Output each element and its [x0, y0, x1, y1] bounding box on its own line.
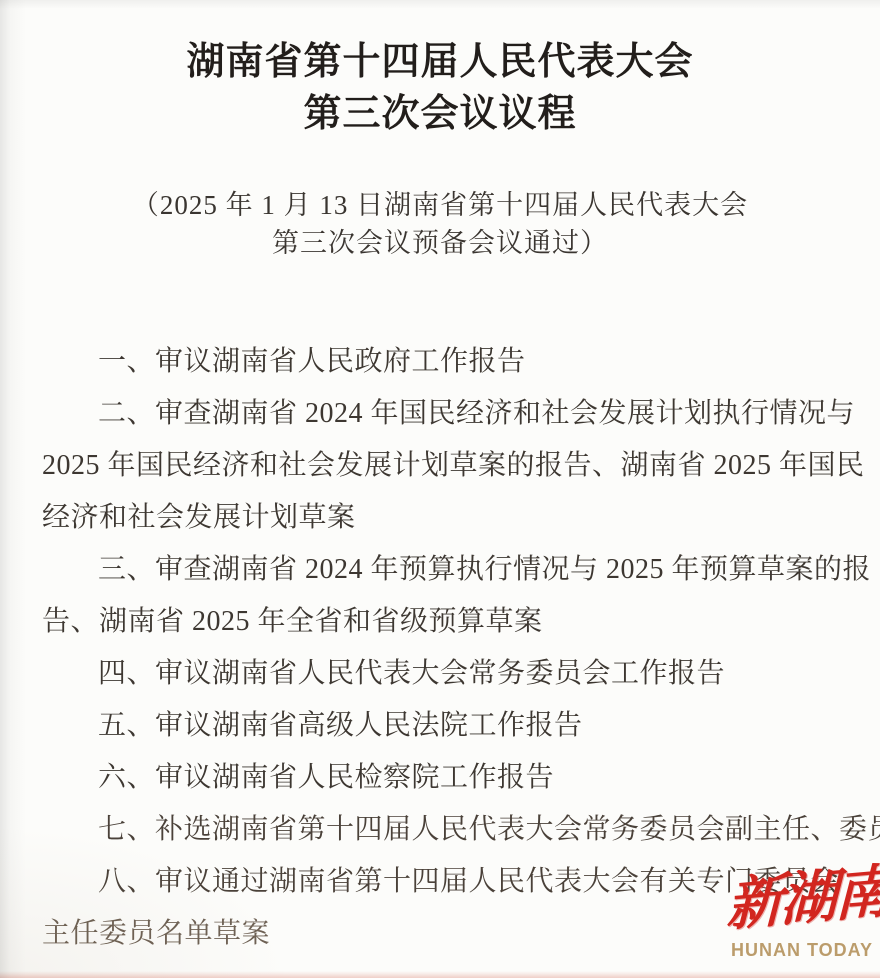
agenda-line: 五、审议湖南省高级人民法院工作报告	[42, 700, 852, 752]
agenda-list: 一、审议湖南省人民政府工作报告二、审查湖南省 2024 年国民经济和社会发展计划…	[42, 336, 852, 960]
agenda-line: 三、审查湖南省 2024 年预算执行情况与 2025 年预算草案的报	[42, 544, 852, 596]
xinhunan-logo-text: 新湖南	[726, 861, 880, 939]
agenda-line: 一、审议湖南省人民政府工作报告	[42, 336, 852, 388]
agenda-line: 七、补选湖南省第十四届人民代表大会常务委员会副主任、委员	[42, 804, 852, 856]
agenda-line: 告、湖南省 2025 年全省和省级预算草案	[42, 596, 852, 648]
scanned-document-page: 湖南省第十四届人民代表大会 第三次会议议程 （2025 年 1 月 13 日湖南…	[0, 0, 880, 978]
hunan-today-logo: 新湖南 HUNAN TODAY	[726, 876, 880, 961]
document-subtitle-line1: （2025 年 1 月 13 日湖南省第十四届人民代表大会	[0, 186, 880, 224]
document-subtitle-line2: 第三次会议预备会议通过）	[0, 224, 880, 262]
agenda-line: 四、审议湖南省人民代表大会常务委员会工作报告	[42, 648, 852, 700]
agenda-line: 2025 年国民经济和社会发展计划草案的报告、湖南省 2025 年国民	[42, 440, 852, 492]
document-title-line1: 湖南省第十四届人民代表大会	[0, 36, 880, 88]
document-title: 湖南省第十四届人民代表大会 第三次会议议程	[0, 36, 880, 140]
agenda-line: 二、审查湖南省 2024 年国民经济和社会发展计划执行情况与	[42, 388, 852, 440]
agenda-line: 经济和社会发展计划草案	[42, 492, 852, 544]
hunan-today-logo-text: HUNAN TODAY	[726, 940, 878, 961]
document-subtitle: （2025 年 1 月 13 日湖南省第十四届人民代表大会 第三次会议预备会议通…	[0, 186, 880, 262]
document-title-line2: 第三次会议议程	[0, 88, 880, 140]
agenda-line: 六、审议湖南省人民检察院工作报告	[42, 752, 852, 804]
